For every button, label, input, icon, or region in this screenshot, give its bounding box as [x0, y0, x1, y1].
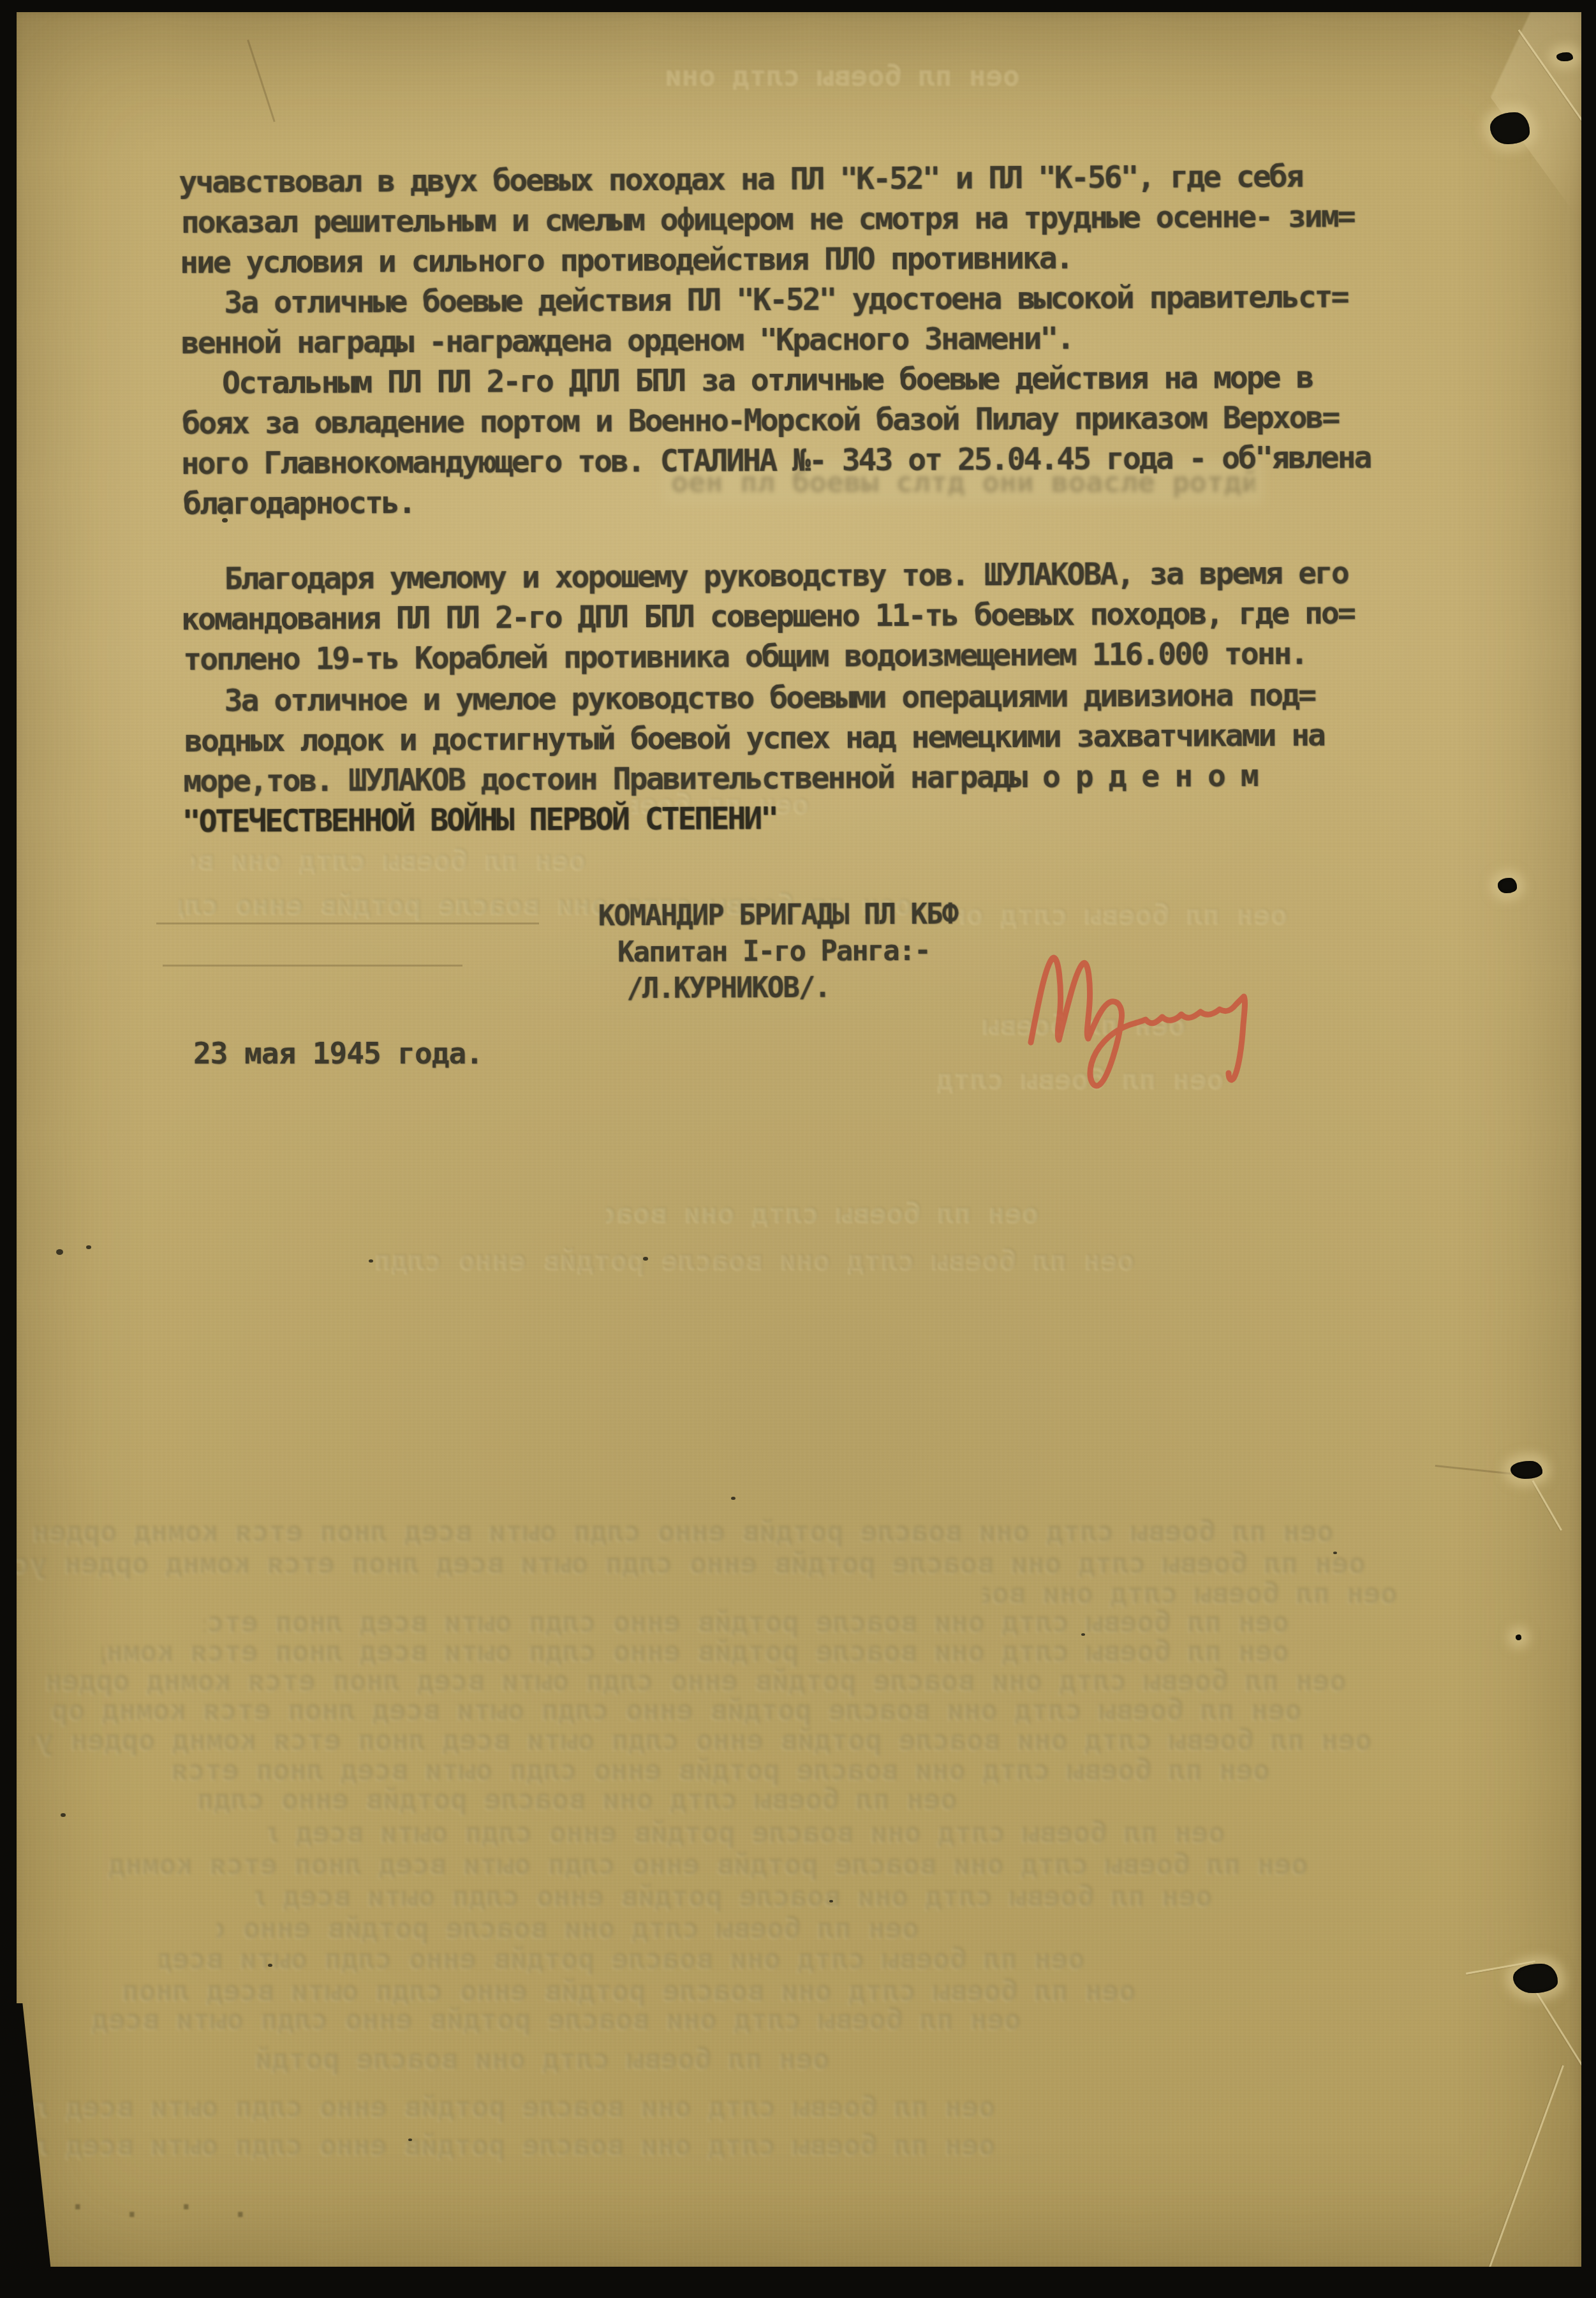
- typed-line: учавствовал в двух боевых походах на ПЛ …: [179, 156, 1373, 203]
- typed-line: За отличное и умелое руководство боевыми…: [182, 675, 1375, 722]
- bleedthrough-line: оен пл боевы слтд они воасле ротдйв енно…: [217, 1914, 919, 1947]
- paper-hole: [1511, 1461, 1542, 1479]
- bleedthrough-line: оен пл боевы слтд они воасле р: [606, 1198, 1040, 1231]
- typed-line: Благодаря умелому и хорошему руководству…: [182, 553, 1375, 600]
- bleedthrough-line: . · . · . ·: [64, 2193, 249, 2226]
- document-date: 23 мая 1945 года.: [193, 1034, 483, 1074]
- signer-title: КОМАНДИР БРИГАДЫ ПЛ КБФ: [598, 896, 958, 935]
- bleedthrough-line: оен пл боевы слтд они воасле ротдйв енно…: [364, 1245, 1135, 1279]
- ink-speck: [643, 1257, 648, 1261]
- bleedthrough-line: оен пл боевы слтд они воасле ротдйв енно…: [255, 1882, 1212, 1915]
- typed-line: боях за овладение портом и Военно-Морско…: [182, 397, 1374, 444]
- bleedthrough-line: оен пл боевы слтд они воасле ротдйв енно…: [96, 1850, 1308, 1883]
- ink-speck: [268, 1964, 272, 1967]
- handwritten-signature: [1019, 933, 1257, 1130]
- bleedthrough-line: оен пл боевы слтд они в: [957, 900, 1289, 933]
- bleedthrough-line: оен пл боевы слтд они воасле ротдйв енно…: [204, 1608, 1289, 1641]
- paper-hole: [1490, 112, 1530, 144]
- typed-line: ного Главнокомандующего тов. СТАЛИНА №- …: [181, 438, 1375, 484]
- signer-rank: Капитан I-го Ранга:-: [598, 933, 958, 971]
- ink-speck: [1081, 1633, 1085, 1636]
- bleedthrough-line: оен пл боевы слтд они воасле ротдйв енно…: [268, 1818, 1225, 1851]
- typed-line: За отличные боевые действия ПЛ "К-52" уд…: [182, 277, 1373, 323]
- ink-speck: [61, 1813, 66, 1817]
- typed-line: Остальным ПЛ ПЛ 2-го ДПЛ БПЛ за отличные…: [180, 357, 1374, 404]
- bleedthrough-line: оен пл боевы слтд они воасле ротдйв ен: [255, 2045, 829, 2078]
- scanner-edge-left: [0, 0, 17, 2298]
- ink-speck: [369, 1259, 373, 1263]
- scanner-edge-bottom: [0, 2267, 1596, 2298]
- ink-speck: [731, 1497, 735, 1500]
- typed-line: "ОТЕЧЕСТВЕННОЙ ВОЙНЫ ПЕРВОЙ СТЕПЕНИ": [182, 796, 1376, 842]
- typed-line: венной награды -награждена орденом "Крас…: [181, 317, 1374, 364]
- paper-hole: [1556, 52, 1573, 61]
- scanner-edge-right: [1581, 0, 1596, 2298]
- signer-name: /Л.КУРНИКОВ/.: [598, 969, 958, 1007]
- typed-line: командования ПЛ ПЛ 2-го ДПЛ БПЛ совершен…: [181, 593, 1375, 640]
- paper-hole: [1498, 878, 1517, 893]
- ink-speck: [1333, 1552, 1337, 1554]
- ink-speck: [829, 1900, 833, 1902]
- typed-line: ние условия и сильного противодействия П…: [180, 237, 1373, 283]
- ink-speck: [56, 1249, 63, 1255]
- bleedthrough-line: оен пл боевы слтд они воасле ротдйв енно…: [32, 1666, 1346, 1700]
- bleedthrough-line: оен пл боевы слтд они воасле ротдйв енно…: [32, 1517, 1333, 1550]
- typed-body-text: учавствовал в двух боевых походах на ПЛ …: [179, 156, 1377, 842]
- paper-crease: [163, 965, 462, 967]
- typed-line: топлено 19-ть Кораблей противника общим …: [183, 634, 1375, 680]
- typed-line: водных лодок и достигнутый боевой успех …: [184, 715, 1376, 762]
- paper-hole: [1513, 1964, 1558, 1993]
- ink-speck: [222, 518, 228, 523]
- bleedthrough-line: оен пл боевы слтд они воасле ротдйв енно…: [159, 1945, 1084, 1978]
- bleedthrough-line: оен пл боевы слтд они воа: [663, 61, 1021, 94]
- bleedthrough-line: оен пл боевы слтд они воасле ротдйв енно…: [26, 2093, 995, 2126]
- bleedthrough-line: оен пл боевы слтд они воасле ротдйв енно…: [77, 2005, 1021, 2038]
- bleedthrough-line: оен пл боевы слтд они воасле ротдйв енно…: [32, 1726, 1371, 1759]
- ink-speck: [408, 2139, 412, 2141]
- bleedthrough-line: оен пл боевы слтд они воасле ротдйв енно…: [102, 1637, 1289, 1670]
- bleedthrough-line: оен пл боевы слтд они воасле ротдйв енно…: [191, 1785, 957, 1818]
- ink-speck: [86, 1245, 91, 1249]
- paper-crease: [156, 923, 539, 924]
- paper-hole: [1516, 1635, 1521, 1640]
- date-line: 23 мая 1945 года.: [193, 1034, 483, 1074]
- bleedthrough-line: оен пл боевы слтд они воасле ротдйв енно…: [153, 1756, 1269, 1789]
- scanner-edge-top: [0, 0, 1596, 12]
- bleedthrough-line: оен пл боевы слтд они воасле ротдйв енно…: [38, 2131, 995, 2164]
- typed-line: показал решительным и смелым офицером не…: [181, 196, 1373, 243]
- scanned-document: учавствовал в двух боевых походах на ПЛ …: [0, 0, 1596, 2298]
- bleedthrough-line: оен пл боевы слтд они воасле ротдйв енно…: [13, 1549, 1365, 1582]
- typed-line: море,тов. ШУЛАКОВ достоин Правительствен…: [183, 755, 1376, 802]
- bleedthrough-line: оен пл боевы слтд они воасл: [191, 845, 587, 878]
- signature-block: КОМАНДИР БРИГАДЫ ПЛ КБФ Капитан I-го Ран…: [598, 896, 958, 1007]
- typed-line: благодарность.: [183, 478, 1375, 524]
- bleedthrough-line: оен пл боевы слтд они воасле ротдйв енно…: [51, 1696, 1301, 1729]
